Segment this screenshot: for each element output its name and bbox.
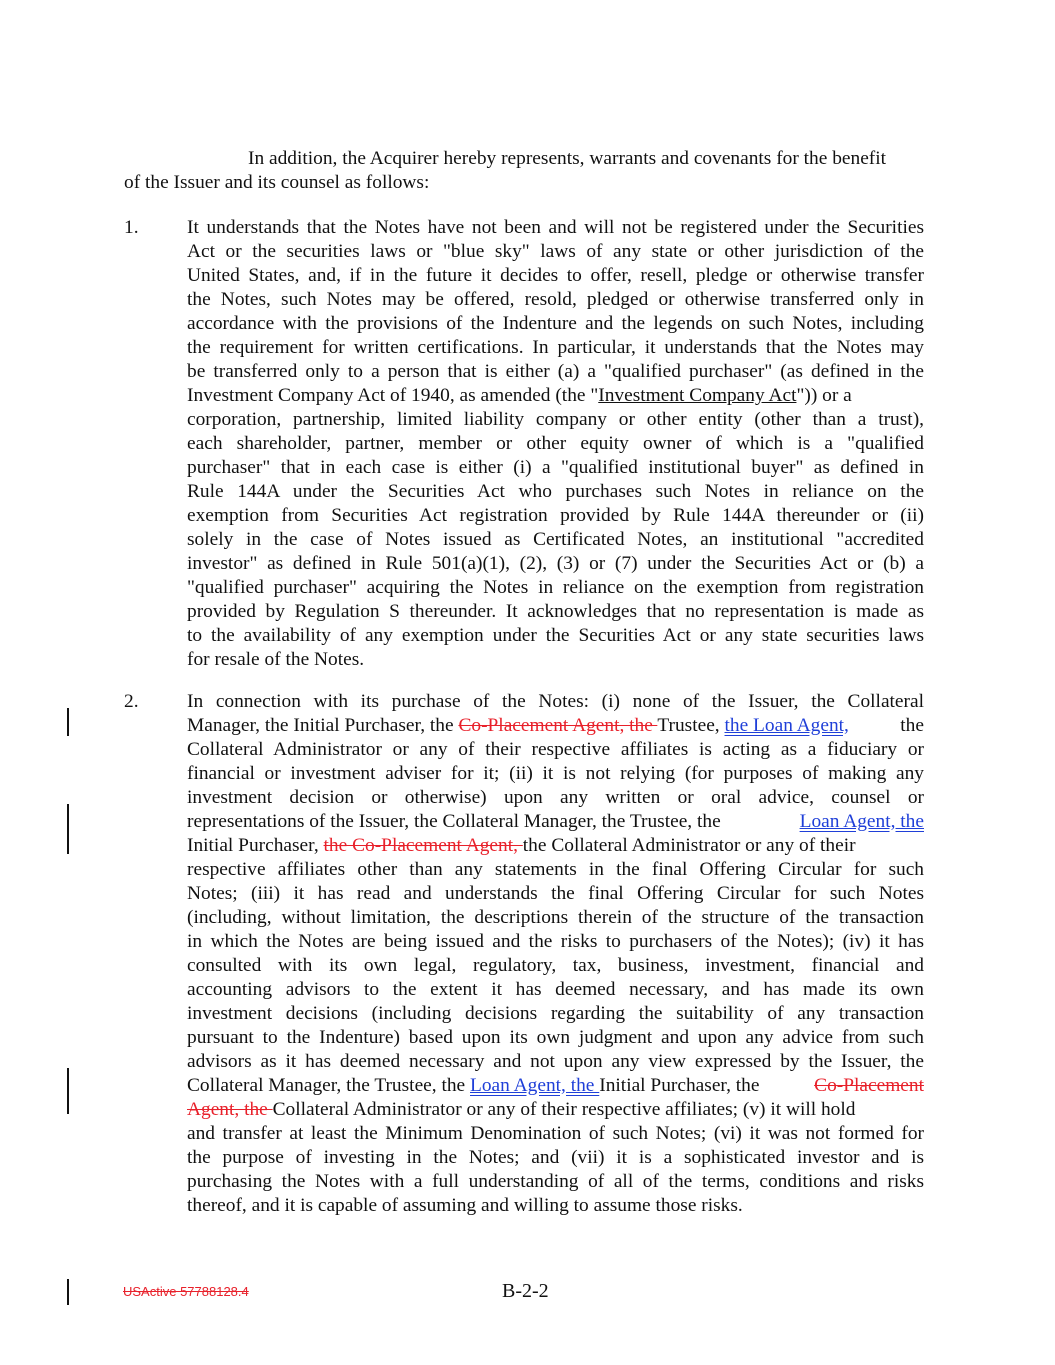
- item-2-line: in which the Notes are being issued and …: [187, 930, 924, 954]
- item-2-line: representations of the Issuer, the Colla…: [187, 810, 924, 834]
- item-2-line: financial or investment adviser for it; …: [187, 762, 924, 786]
- item-1-line: United States, and, if in the future it …: [187, 264, 924, 288]
- item-1-line: the Notes, such Notes may be offered, re…: [187, 288, 924, 312]
- inserted-text: Loan Agent, the: [470, 1075, 599, 1096]
- item-1-number: 1.: [124, 216, 139, 240]
- change-bar: [67, 708, 69, 736]
- item-1-line: Act or the securities laws or "blue sky"…: [187, 240, 924, 264]
- change-bar: [67, 804, 69, 854]
- item-2-line: (including, without limitation, the desc…: [187, 906, 924, 930]
- change-bar: [67, 1279, 69, 1305]
- item-1-line: "qualified purchaser" acquiring the Note…: [187, 576, 924, 600]
- item-2-line: Initial Purchaser, the Co-Placement Agen…: [187, 834, 924, 858]
- item-2-line: pursuant to the Indenture) based upon it…: [187, 1026, 924, 1050]
- item-1-line: Rule 144A under the Securities Act who p…: [187, 480, 924, 504]
- document-id: USActive 57788128.4: [123, 1284, 249, 1299]
- deleted-text: Co-Placement Agent, the: [458, 715, 657, 736]
- intro-line-2: of the Issuer and its counsel as follows…: [124, 171, 429, 195]
- item-2-line: investment decisions (including decision…: [187, 1002, 924, 1026]
- item-1-line: solely in the case of Notes issued as Ce…: [187, 528, 924, 552]
- item-2-line: Collateral Administrator or any of their…: [187, 738, 924, 762]
- deleted-text: the Co-Placement Agent,: [324, 835, 523, 856]
- item-1-line: be transferred only to a person that is …: [187, 360, 924, 384]
- deleted-text: Co-Placement: [814, 1074, 924, 1098]
- item-2-line: consulted with its own legal, regulatory…: [187, 954, 924, 978]
- item-2-line: Manager, the Initial Purchaser, the Co-P…: [187, 714, 924, 738]
- item-2-line: In connection with its purchase of the N…: [187, 690, 924, 714]
- item-2-line: Collateral Manager, the Trustee, the Loa…: [187, 1074, 924, 1098]
- page-number: B-2-2: [502, 1280, 549, 1303]
- inserted-text: the Loan Agent,: [725, 715, 849, 736]
- item-2-line: respective affiliates other than any sta…: [187, 858, 924, 882]
- inserted-text: Loan Agent, the: [800, 810, 924, 834]
- item-1-line: purchaser" that in each case is either (…: [187, 456, 924, 480]
- item-2-line: thereof, and it is capable of assuming a…: [187, 1194, 743, 1218]
- defined-term-investment-company-act: Investment Company Act: [598, 385, 796, 406]
- item-1-line: each shareholder, partner, member or oth…: [187, 432, 924, 456]
- item-2-line: investment decision or otherwise) upon a…: [187, 786, 924, 810]
- item-1-line: to the availability of any exemption und…: [187, 624, 924, 648]
- item-2-line: the purpose of investing in the Notes; a…: [187, 1146, 924, 1170]
- change-bar: [67, 1068, 69, 1114]
- item-1-line: Investment Company Act of 1940, as amend…: [187, 384, 924, 408]
- item-1-line: corporation, partnership, limited liabil…: [187, 408, 924, 432]
- item-1-line: provided by Regulation S thereunder. It …: [187, 600, 924, 624]
- item-1-line: exemption from Securities Act registrati…: [187, 504, 924, 528]
- deleted-text: Agent, the: [187, 1099, 273, 1120]
- item-2-line: advisors as it has deemed necessary and …: [187, 1050, 924, 1074]
- item-2-line: and transfer at least the Minimum Denomi…: [187, 1122, 924, 1146]
- intro-line-1: In addition, the Acquirer hereby represe…: [248, 147, 886, 171]
- item-2-line: purchasing the Notes with a full underst…: [187, 1170, 924, 1194]
- item-2-line: Agent, the Collateral Administrator or a…: [187, 1098, 924, 1122]
- item-1-line: It understands that the Notes have not b…: [187, 216, 924, 240]
- item-2-line: Notes; (iii) it has read and understands…: [187, 882, 924, 906]
- item-2-number: 2.: [124, 690, 139, 714]
- item-2-line: accounting advisors to the extent it has…: [187, 978, 924, 1002]
- item-1-line: investor" as defined in Rule 501(a)(1), …: [187, 552, 924, 576]
- item-1-line: for resale of the Notes.: [187, 648, 364, 672]
- item-1-line: accordance with the provisions of the In…: [187, 312, 924, 336]
- item-1-line: the requirement for written certificatio…: [187, 336, 924, 360]
